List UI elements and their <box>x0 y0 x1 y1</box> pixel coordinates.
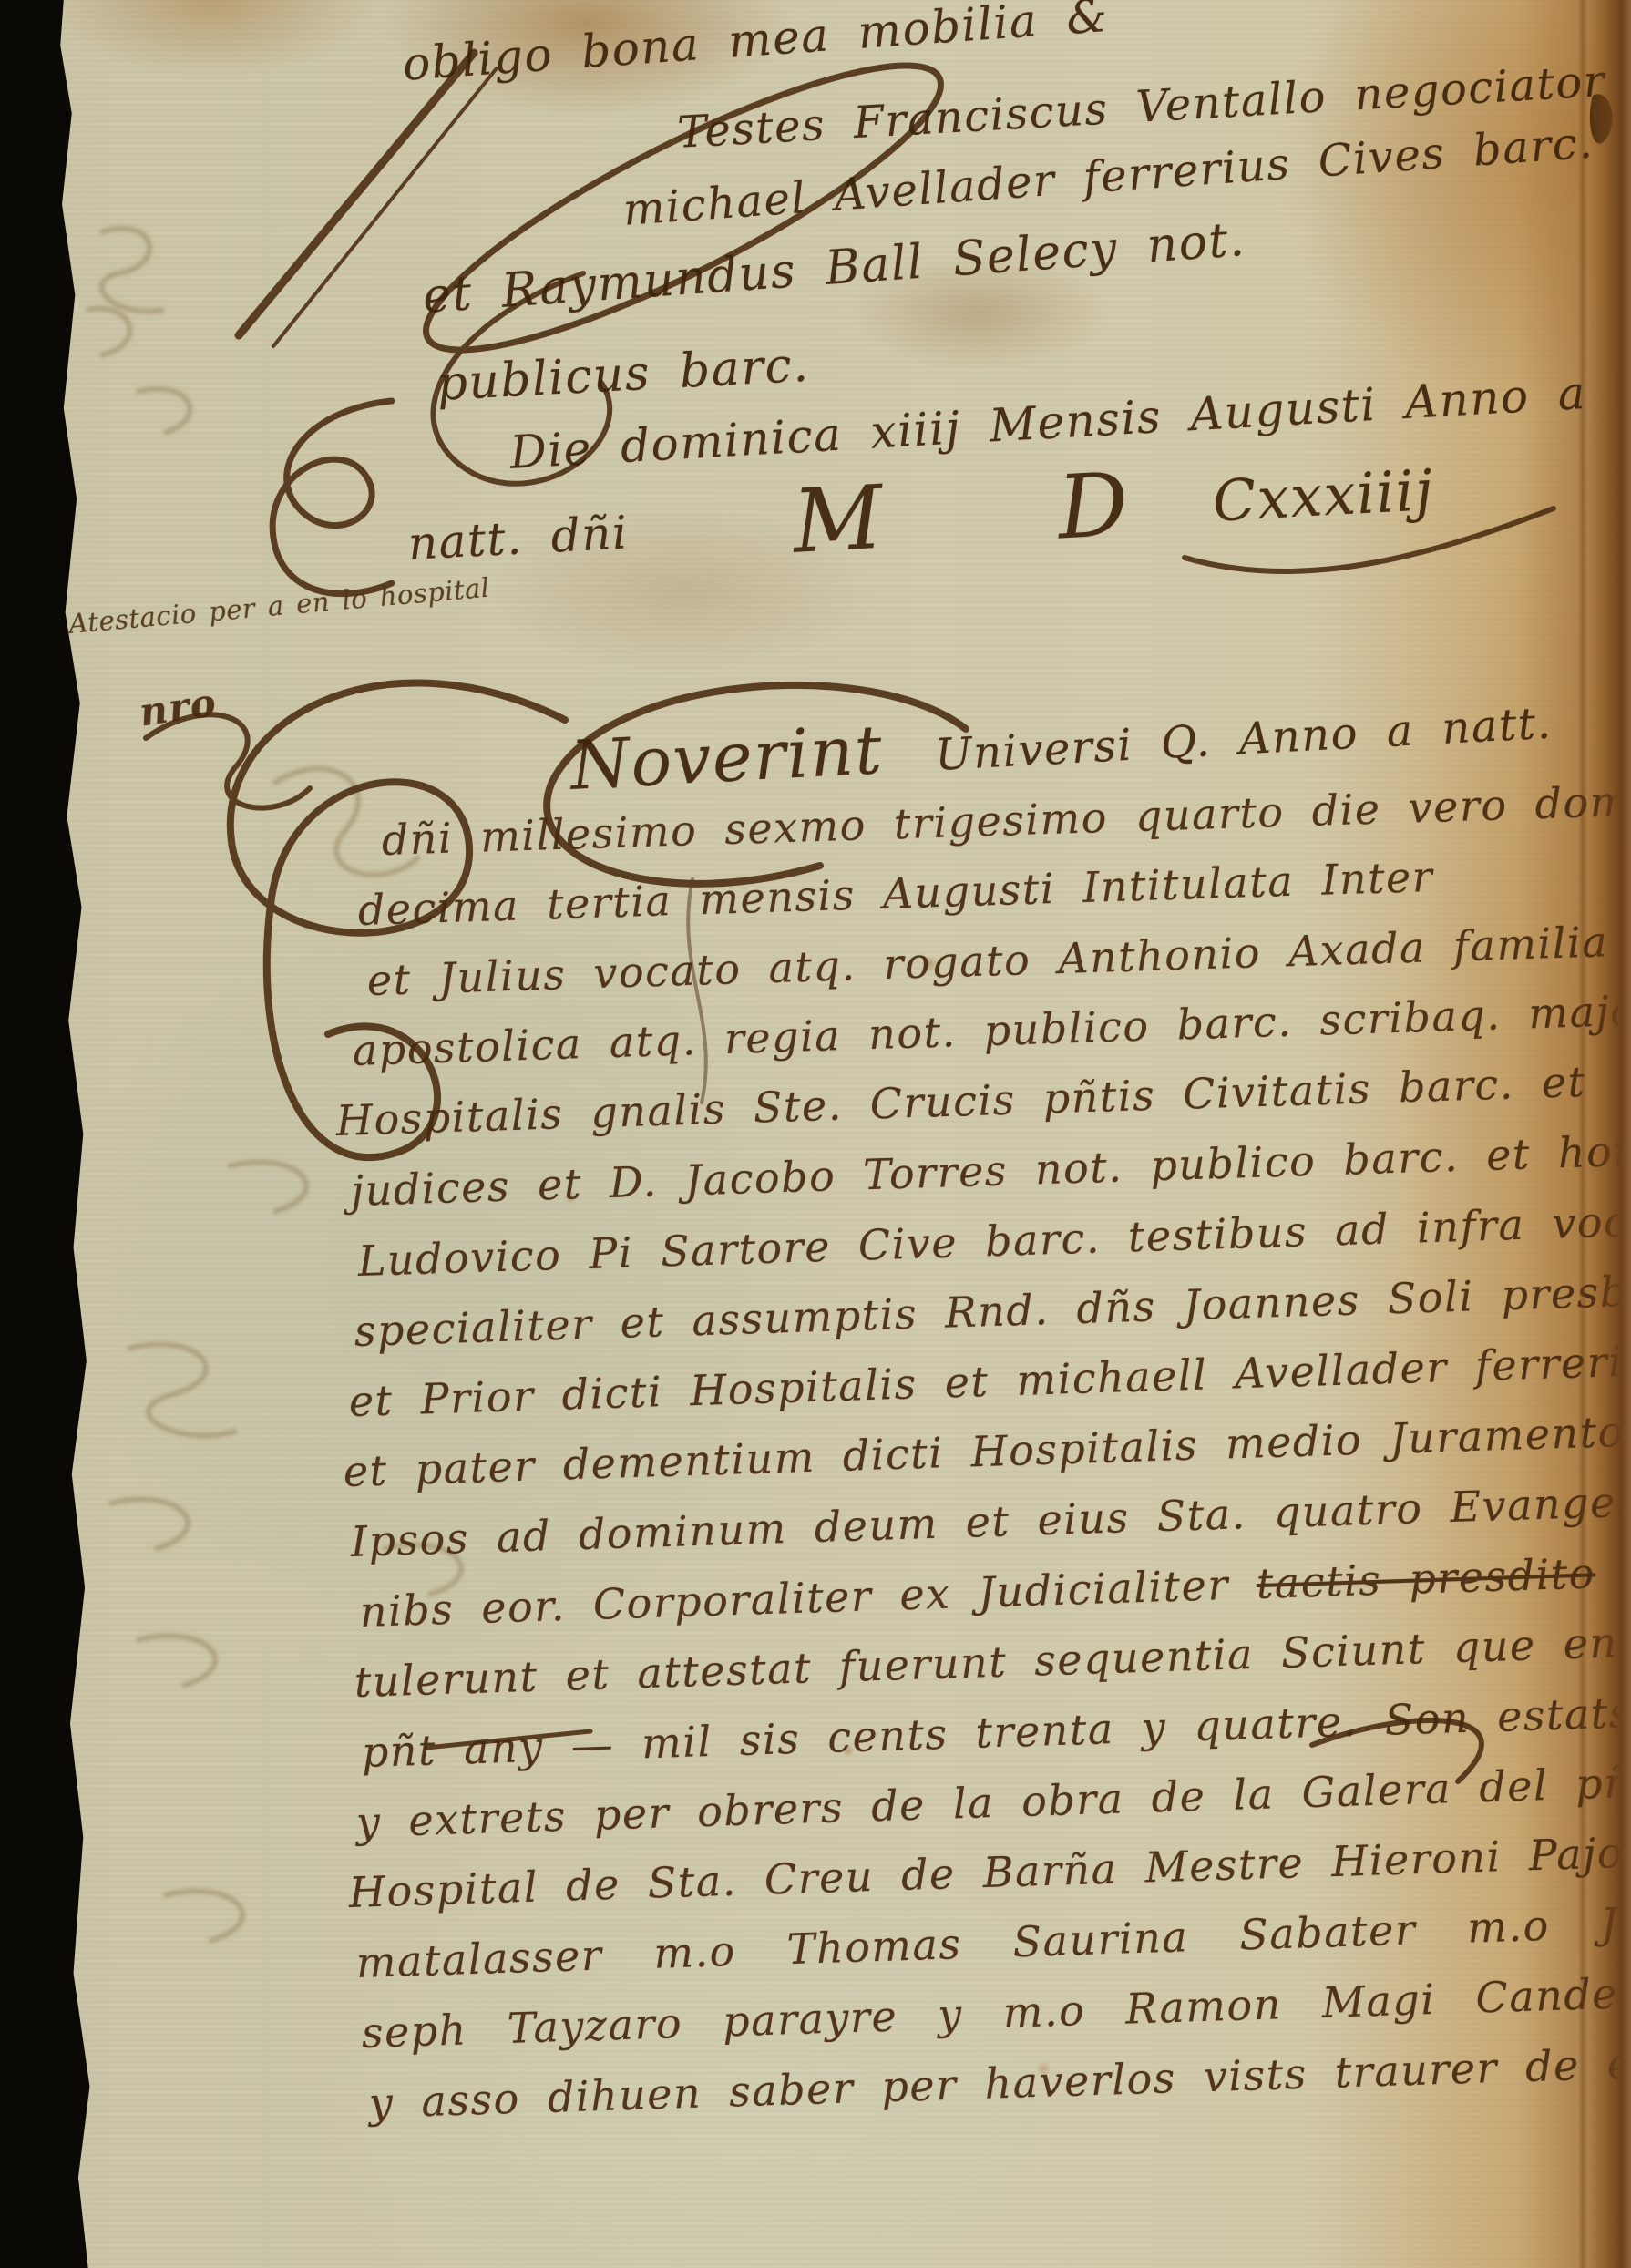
year-monogram-d: D <box>1055 454 1132 559</box>
binding-gutter <box>1589 0 1631 2268</box>
page-fold-crease <box>1578 0 1587 2268</box>
manuscript-photo: obligo bona mea mobilia & Testes Francis… <box>0 0 1631 2268</box>
opening-word: Noverint <box>569 711 885 806</box>
year-numerals: Cxxxiiij <box>1211 457 1436 535</box>
year-monogram-m: M <box>790 467 887 573</box>
dateline-natt: natt. dñi <box>406 506 629 570</box>
